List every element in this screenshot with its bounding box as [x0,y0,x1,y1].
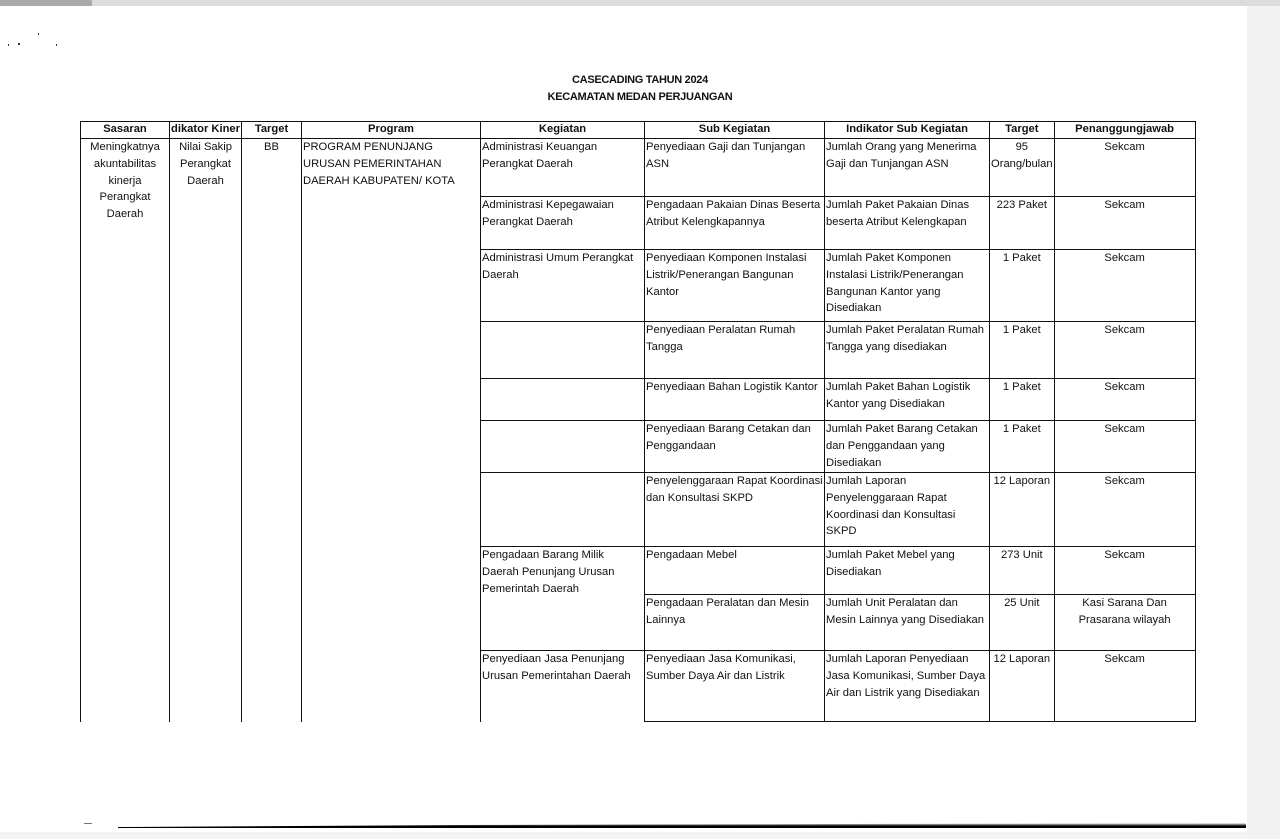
scan-speck [56,44,57,46]
cell-penanggungjawab: Sekcam [1054,473,1195,547]
cell-kegiatan: Penyediaan Jasa Penunjang Urusan Pemerin… [481,651,645,722]
header-target: Target [242,122,302,139]
header-target-sub: Target [990,122,1055,139]
cell-kegiatan: Administrasi Keuangan Perangkat Daerah [481,139,645,197]
cell-sub-kegiatan: Pengadaan Pakaian Dinas Beserta Atribut … [645,197,825,250]
cell-target-sub: 273 Unit [990,547,1055,595]
cell-target-sub: 1 Paket [990,250,1055,322]
cell-target: BB [242,139,302,722]
header-kegiatan: Kegiatan [481,122,645,139]
cell-sub-kegiatan: Penyediaan Jasa Komunikasi, Sumber Daya … [645,651,825,722]
cell-kegiatan [481,473,645,547]
cell-indikator-sub: Jumlah Paket Pakaian Dinas beserta Atrib… [825,197,990,250]
cell-sub-kegiatan: Penyelenggaraan Rapat Koordinasi dan Kon… [645,473,825,547]
cell-indikator-sub: Jumlah Paket Bahan Logistik Kantor yang … [825,379,990,421]
cell-penanggungjawab: Sekcam [1054,322,1195,379]
scan-speck [38,33,39,35]
cell-kegiatan [481,421,645,473]
table-header-row: Sasaran dikator Kiner Target Program Keg… [81,122,1196,139]
document-title: CASECADING TAHUN 2024 [0,74,1280,86]
cascading-table: Sasaran dikator Kiner Target Program Keg… [80,121,1196,722]
cell-sub-kegiatan: Penyediaan Bahan Logistik Kantor [645,379,825,421]
cell-kegiatan: Pengadaan Barang Milik Daerah Penunjang … [481,547,645,651]
scan-speck [18,43,20,45]
header-program: Program [302,122,481,139]
header-sub-kegiatan: Sub Kegiatan [645,122,825,139]
cell-indikator-sub: Jumlah Paket Peralatan Rumah Tangga yang… [825,322,990,379]
right-gutter [1247,6,1280,839]
header-penanggungjawab: Penanggungjawab [1054,122,1195,139]
cell-penanggungjawab: Sekcam [1054,547,1195,595]
cell-sub-kegiatan: Penyediaan Barang Cetakan dan Penggandaa… [645,421,825,473]
cell-indikator-sub: Jumlah Laporan Penyelenggaraan Rapat Koo… [825,473,990,547]
cell-kegiatan [481,322,645,379]
cell-indikator-sub: Jumlah Paket Mebel yang Disediakan [825,547,990,595]
cell-indikator-kinerja: Nilai Sakip Perangkat Daerah [170,139,242,722]
cell-target-sub: 12 Laporan [990,473,1055,547]
cell-penanggungjawab: Sekcam [1054,139,1195,197]
cell-sub-kegiatan: Penyediaan Gaji dan Tunjangan ASN [645,139,825,197]
cell-sub-kegiatan: Penyediaan Komponen Instalasi Listrik/Pe… [645,250,825,322]
cell-kegiatan: Administrasi Kepegawaian Perangkat Daera… [481,197,645,250]
cell-target-sub: 1 Paket [990,379,1055,421]
cell-sub-kegiatan: Pengadaan Peralatan dan Mesin Lainnya [645,595,825,651]
document-subtitle: KECAMATAN MEDAN PERJUANGAN [0,91,1280,103]
cell-penanggungjawab: Sekcam [1054,651,1195,722]
cell-target-sub: 1 Paket [990,421,1055,473]
cell-target-sub: 95 Orang/bulan [990,139,1055,197]
cell-target-sub: 1 Paket [990,322,1055,379]
header-sasaran: Sasaran [81,122,170,139]
cell-penanggungjawab: Sekcam [1054,421,1195,473]
cell-penanggungjawab: Sekcam [1054,379,1195,421]
cell-sub-kegiatan: Penyediaan Peralatan Rumah Tangga [645,322,825,379]
cell-target-sub: 12 Laporan [990,651,1055,722]
cell-indikator-sub: Jumlah Paket Barang Cetakan dan Penggand… [825,421,990,473]
header-indikator-kinerja: dikator Kiner [170,122,242,139]
cell-kegiatan [481,379,645,421]
table-row: Meningkatnya akuntabilitas kinerja Peran… [81,139,1196,197]
header-indikator-sub-kegiatan: Indikator Sub Kegiatan [825,122,990,139]
cell-program: PROGRAM PENUNJANG URUSAN PEMERINTAHAN DA… [302,139,481,722]
cell-penanggungjawab: Sekcam [1054,250,1195,322]
cell-indikator-sub: Jumlah Paket Komponen Instalasi Listrik/… [825,250,990,322]
cell-sub-kegiatan: Pengadaan Mebel [645,547,825,595]
cell-kegiatan: Administrasi Umum Perangkat Daerah [481,250,645,322]
cell-sasaran: Meningkatnya akuntabilitas kinerja Peran… [81,139,170,722]
cell-penanggungjawab: Kasi Sarana Dan Prasarana wilayah [1054,595,1195,651]
cell-target-sub: 223 Paket [990,197,1055,250]
cell-penanggungjawab: Sekcam [1054,197,1195,250]
cell-indikator-sub: Jumlah Laporan Penyediaan Jasa Komunikas… [825,651,990,722]
cell-target-sub: 25 Unit [990,595,1055,651]
cell-indikator-sub: Jumlah Orang yang Menerima Gaji dan Tunj… [825,139,990,197]
scan-artifact [84,823,92,824]
cell-indikator-sub: Jumlah Unit Peralatan dan Mesin Lainnya … [825,595,990,651]
scan-speck [8,44,9,46]
